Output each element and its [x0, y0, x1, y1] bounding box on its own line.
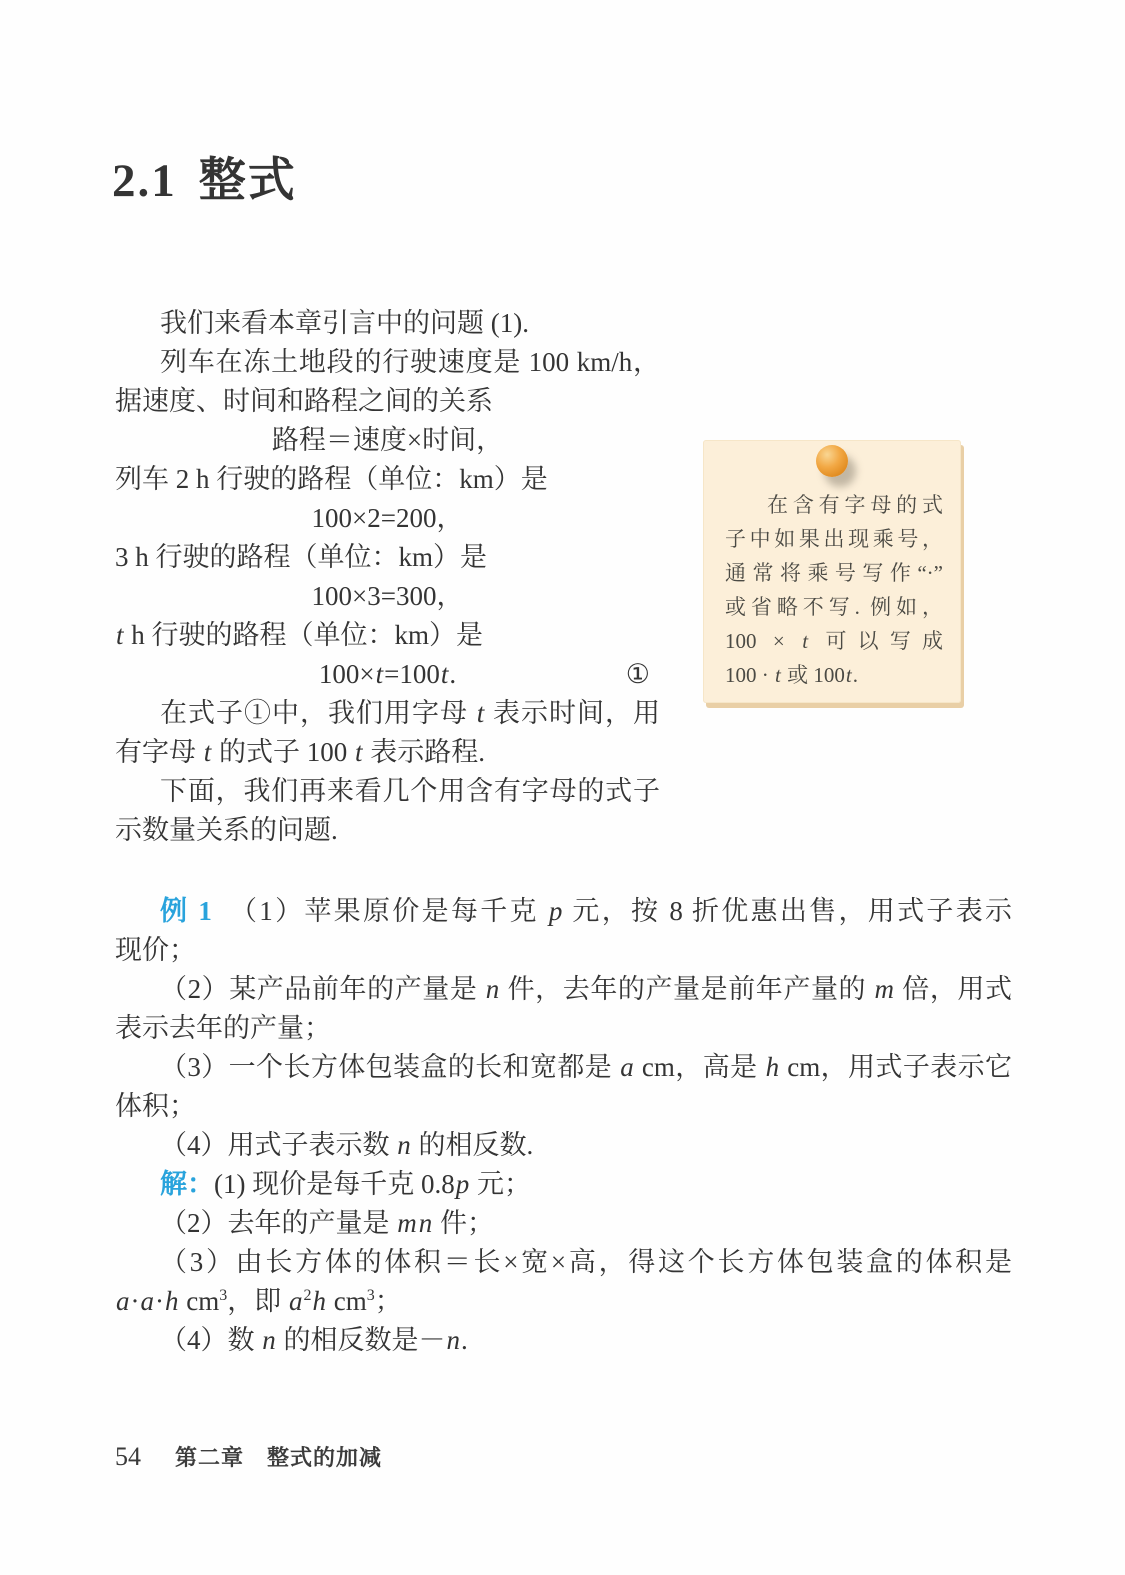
margin-note: 在含有字母的式 子中如果出现乘号， 通常将乘号写作“·” 或省略不写. 例如， … — [703, 440, 961, 703]
solution-line: （4）数 n 的相反数是－n. — [115, 1321, 1012, 1360]
equation-line: 100×3=300， — [115, 577, 660, 616]
note-line: 100 · t 或 100t. — [725, 658, 943, 692]
intro-text-column: 我们来看本章引言中的问题 (1). 列车在冻土地段的行驶速度是 100 km/h… — [115, 304, 660, 850]
text-line: 3 h 行驶的路程（单位：km）是 — [115, 538, 660, 577]
equation-line: 100×2=200， — [115, 499, 660, 538]
note-line: 子中如果出现乘号， — [725, 522, 943, 556]
text-line: 据速度、时间和路程之间的关系 — [115, 382, 660, 421]
solution-line: （3）由长方体的体积＝长×宽×高，得这个长方体包装盒的体积是 — [115, 1243, 1012, 1282]
example-line: （2）某产品前年的产量是 n 件，去年的产量是前年产量的 m 倍，用式子 — [115, 970, 1012, 1009]
pushpin-icon — [816, 445, 848, 477]
section-heading: 2.1整式 — [112, 143, 297, 210]
page-footer: 54 第二章 整式的加减 — [115, 1441, 382, 1472]
solution-line: （2）去年的产量是 mn 件； — [115, 1204, 1012, 1243]
solution-line: a·a·h cm3，即 a2h cm3； — [115, 1282, 1012, 1321]
example-line: 表示去年的产量； — [115, 1009, 1012, 1048]
note-line: 在含有字母的式 — [725, 488, 943, 522]
note-line: 100 × t 可以写成 — [725, 624, 943, 658]
equation-line: 路程＝速度×时间， — [115, 421, 660, 460]
solution-line: 解：(1) 现价是每千克 0.8p 元； — [115, 1165, 1012, 1204]
chapter-label: 第二章 整式的加减 — [175, 1441, 382, 1472]
textbook-page: 2.1整式 我们来看本章引言中的问题 (1). 列车在冻土地段的行驶速度是 10… — [0, 0, 1125, 1575]
text-line: 列车在冻土地段的行驶速度是 100 km/h，根 — [115, 343, 660, 382]
note-line: 通常将乘号写作“·” — [725, 556, 943, 590]
text-line: 列车 2 h 行驶的路程（单位：km）是 — [115, 460, 660, 499]
note-line: 或省略不写. 例如， — [725, 590, 943, 624]
section-name: 整式 — [199, 155, 297, 207]
example-line: （4）用式子表示数 n 的相反数. — [115, 1126, 1012, 1165]
section-number: 2.1 — [112, 155, 177, 207]
text-line: 示数量关系的问题. — [115, 811, 660, 850]
example-line: 现价； — [115, 931, 1012, 970]
example-section: 例 1 （1）苹果原价是每千克 p 元，按 8 折优惠出售，用式子表示 现价； … — [115, 892, 1012, 1360]
example-line: 体积； — [115, 1087, 1012, 1126]
text-line: 在式子①中，我们用字母 t 表示时间，用含 — [115, 694, 660, 733]
equation-line: 100×t=100t.① — [115, 655, 660, 694]
text-line: 我们来看本章引言中的问题 (1). — [115, 304, 660, 343]
text-line: 有字母 t 的式子 100 t 表示路程. — [115, 733, 660, 772]
page-number: 54 — [115, 1442, 141, 1472]
text-line: t h 行驶的路程（单位：km）是 — [115, 616, 660, 655]
example-line: （3）一个长方体包装盒的长和宽都是 a cm，高是 h cm，用式子表示它的 — [115, 1048, 1012, 1087]
text-line: 下面，我们再来看几个用含有字母的式子表 — [115, 772, 660, 811]
equation-number-badge: ① — [626, 655, 650, 694]
example-line: 例 1 （1）苹果原价是每千克 p 元，按 8 折优惠出售，用式子表示 — [115, 892, 1012, 931]
